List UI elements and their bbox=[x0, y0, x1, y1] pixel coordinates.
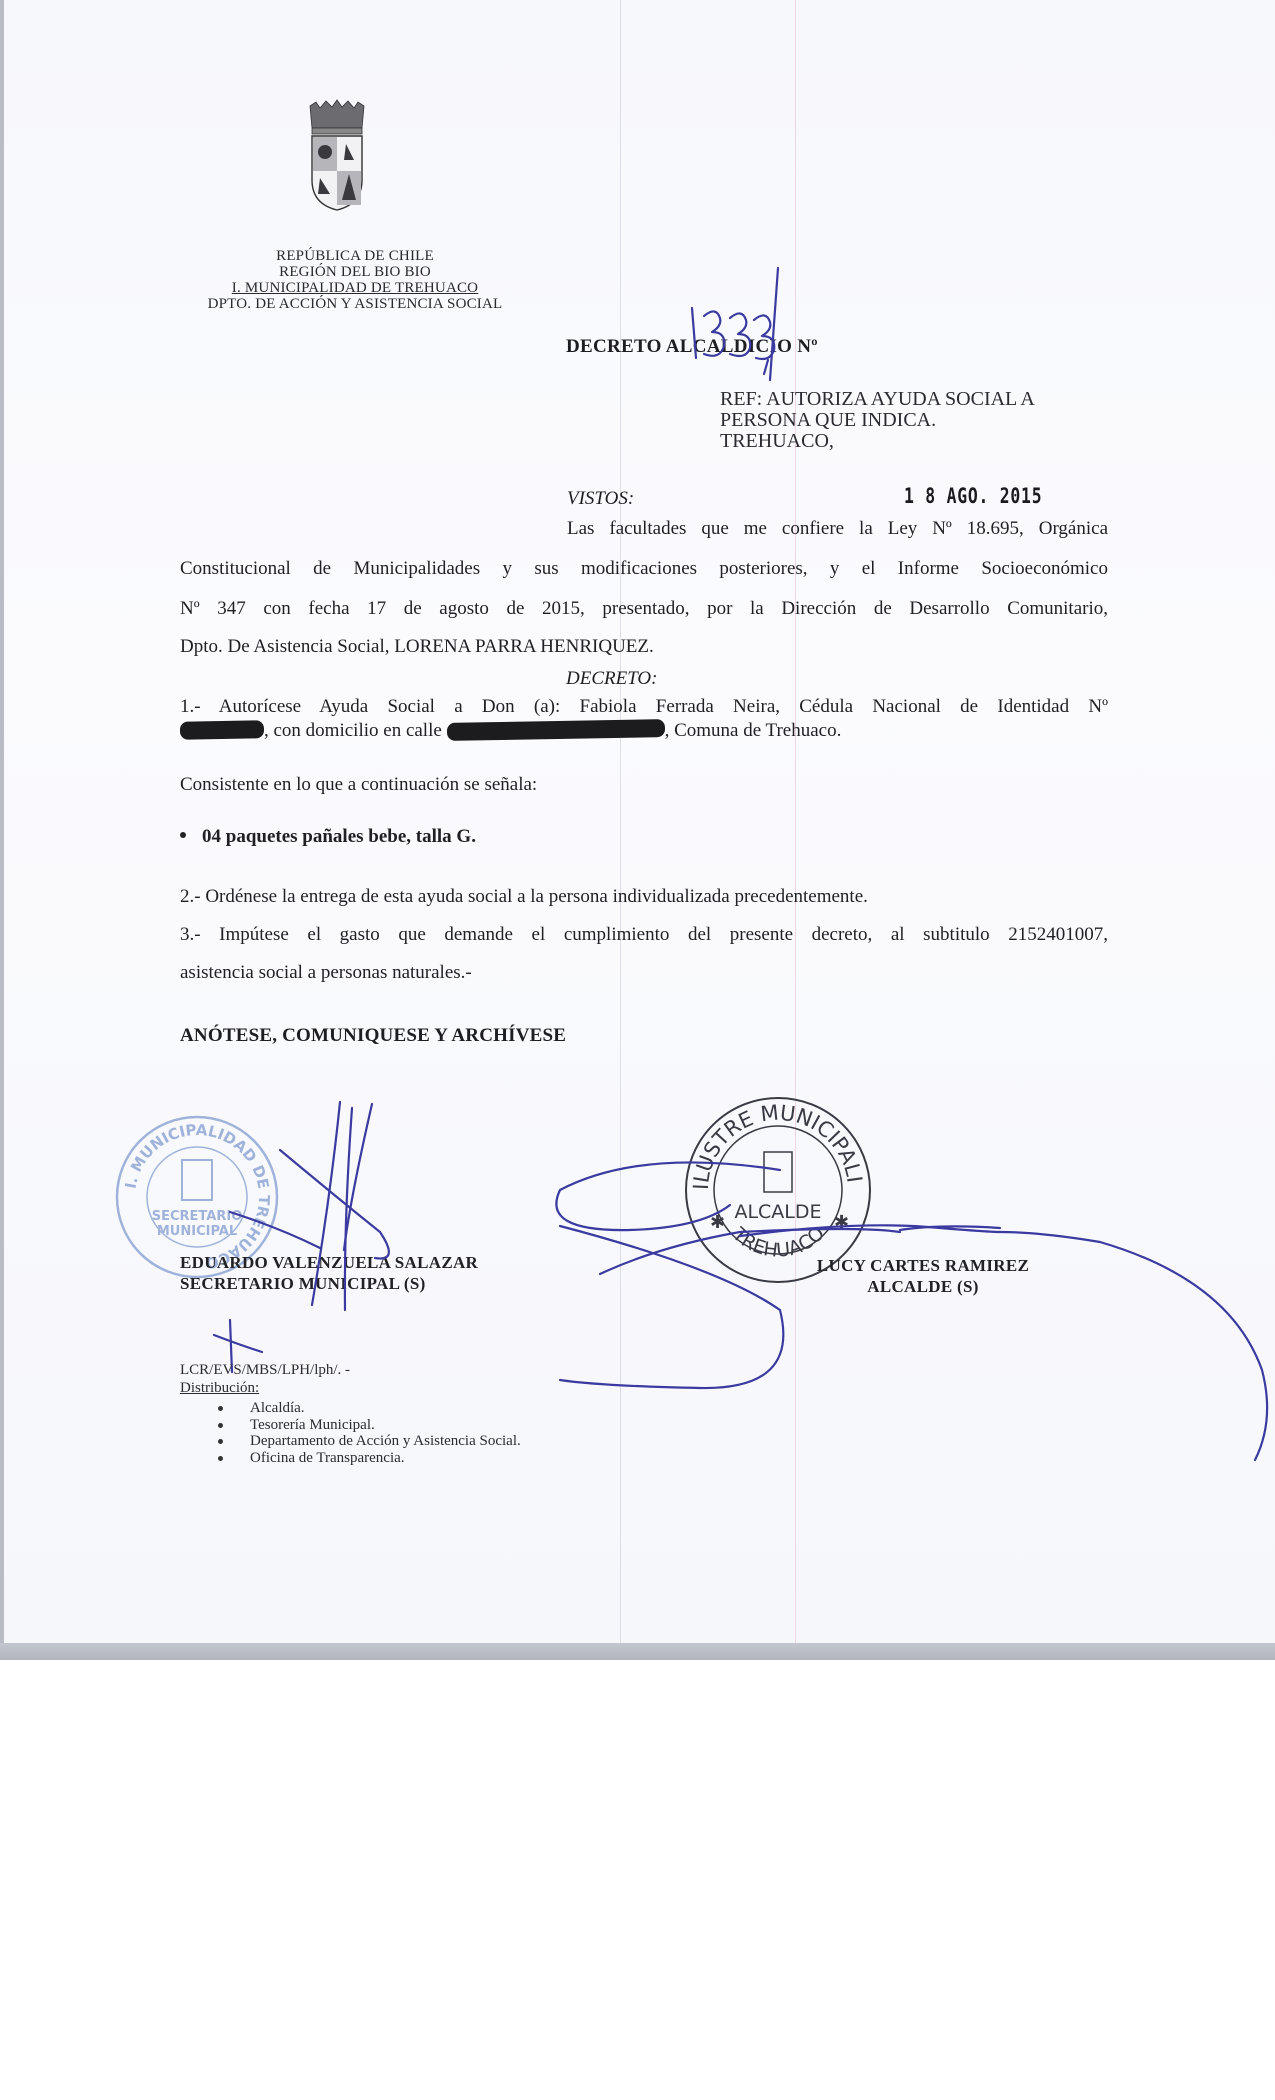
mayor-name: LUCY CARTES RAMIREZ bbox=[790, 1255, 1056, 1276]
distribution-label: Distribución: bbox=[180, 1380, 259, 1397]
header-line-region: REGIÓN DEL BIO BIO bbox=[186, 264, 524, 280]
distribution-item: Alcaldía. bbox=[206, 1400, 521, 1417]
address-prefix: , con domicilio en calle bbox=[264, 720, 442, 741]
scanner-edge bbox=[0, 0, 4, 1660]
reference-line: PERSONA QUE INDICA. bbox=[720, 410, 1035, 431]
vistos-line: Constitucional de Municipalidades y sus … bbox=[180, 558, 1108, 580]
svg-text:ALCALDE: ALCALDE bbox=[734, 1201, 821, 1223]
redacted-id-number bbox=[180, 720, 264, 739]
fold-line bbox=[620, 0, 621, 1660]
institution-header: REPÚBLICA DE CHILE REGIÓN DEL BIO BIO I.… bbox=[186, 248, 524, 312]
decreto-item-1-continued: , con domicilio en calle , Comuna de Tre… bbox=[180, 720, 841, 742]
mayor-title: ALCALDE (S) bbox=[790, 1276, 1056, 1297]
secretary-name: EDUARDO VALENZUELA SALAZAR bbox=[180, 1252, 478, 1273]
distribution-list: Alcaldía. Tesorería Municipal. Departame… bbox=[206, 1400, 521, 1466]
aid-item: 04 paquetes pañales bebe, talla G. bbox=[180, 826, 476, 848]
initials-line: LCR/EVS/MBS/LPH/lph/. - bbox=[180, 1362, 350, 1379]
vistos-line: Dpto. De Asistencia Social, LORENA PARRA… bbox=[180, 636, 654, 658]
svg-text:SECRETARIO: SECRETARIO bbox=[152, 1209, 243, 1224]
bullet-icon bbox=[180, 832, 186, 838]
svg-text:MUNICIPAL: MUNICIPAL bbox=[157, 1224, 237, 1239]
vistos-line: Nº 347 con fecha 17 de agosto de 2015, p… bbox=[180, 598, 1108, 620]
consistente-line: Consistente en lo que a continuación se … bbox=[180, 774, 537, 796]
header-line-department: DPTO. DE ACCIÓN Y ASISTENCIA SOCIAL bbox=[186, 296, 524, 312]
vistos-line: Las facultades que me confiere la Ley Nº… bbox=[567, 518, 1108, 540]
date-stamp: 1 8 AGO. 2015 bbox=[904, 484, 1042, 508]
header-line-municipality: I. MUNICIPALIDAD DE TREHUACO bbox=[186, 280, 524, 296]
vistos-heading: VISTOS: bbox=[567, 488, 634, 510]
secretary-signature-block: EDUARDO VALENZUELA SALAZAR SECRETARIO MU… bbox=[180, 1252, 478, 1294]
decreto-item-3: 3.- Impútese el gasto que demande el cum… bbox=[180, 924, 1108, 946]
decreto-item-2: 2.- Ordénese la entrega de esta ayuda so… bbox=[180, 886, 868, 908]
redacted-address bbox=[446, 719, 664, 741]
svg-text:✱: ✱ bbox=[834, 1212, 849, 1232]
distribution-item: Tesorería Municipal. bbox=[206, 1417, 521, 1434]
handwritten-decree-number bbox=[686, 262, 816, 382]
secretary-title: SECRETARIO MUNICIPAL (S) bbox=[180, 1273, 478, 1294]
decreto-item-1: 1.- Autorícese Ayuda Social a Don (a): F… bbox=[180, 696, 1108, 718]
address-suffix: , Comuna de Trehuaco. bbox=[665, 720, 842, 741]
reference-line: REF: AUTORIZA AYUDA SOCIAL A bbox=[720, 389, 1035, 410]
reference-block: REF: AUTORIZA AYUDA SOCIAL A PERSONA QUE… bbox=[720, 389, 1035, 452]
closing-formula: ANÓTESE, COMUNIQUESE Y ARCHÍVESE bbox=[180, 1025, 566, 1047]
fold-line bbox=[795, 0, 796, 1660]
coat-of-arms-icon bbox=[306, 100, 368, 224]
svg-text:✱: ✱ bbox=[710, 1212, 725, 1232]
svg-text:I. MUNICIPALIDAD DE TREHUACO: I. MUNICIPALIDAD DE TREHUACO bbox=[122, 1121, 274, 1273]
distribution-item: Departamento de Acción y Asistencia Soci… bbox=[206, 1433, 521, 1450]
distribution-item: Oficina de Transparencia. bbox=[206, 1450, 521, 1467]
decreto-heading: DECRETO: bbox=[566, 668, 657, 690]
scanner-edge bbox=[0, 1643, 1275, 1660]
reference-line: TREHUACO, bbox=[720, 431, 1035, 452]
aid-item-text: 04 paquetes pañales bebe, talla G. bbox=[202, 826, 476, 847]
header-line-country: REPÚBLICA DE CHILE bbox=[186, 248, 524, 264]
decreto-item-3-continued: asistencia social a personas naturales.- bbox=[180, 962, 472, 984]
mayor-signature-block: LUCY CARTES RAMIREZ ALCALDE (S) bbox=[790, 1255, 1056, 1297]
